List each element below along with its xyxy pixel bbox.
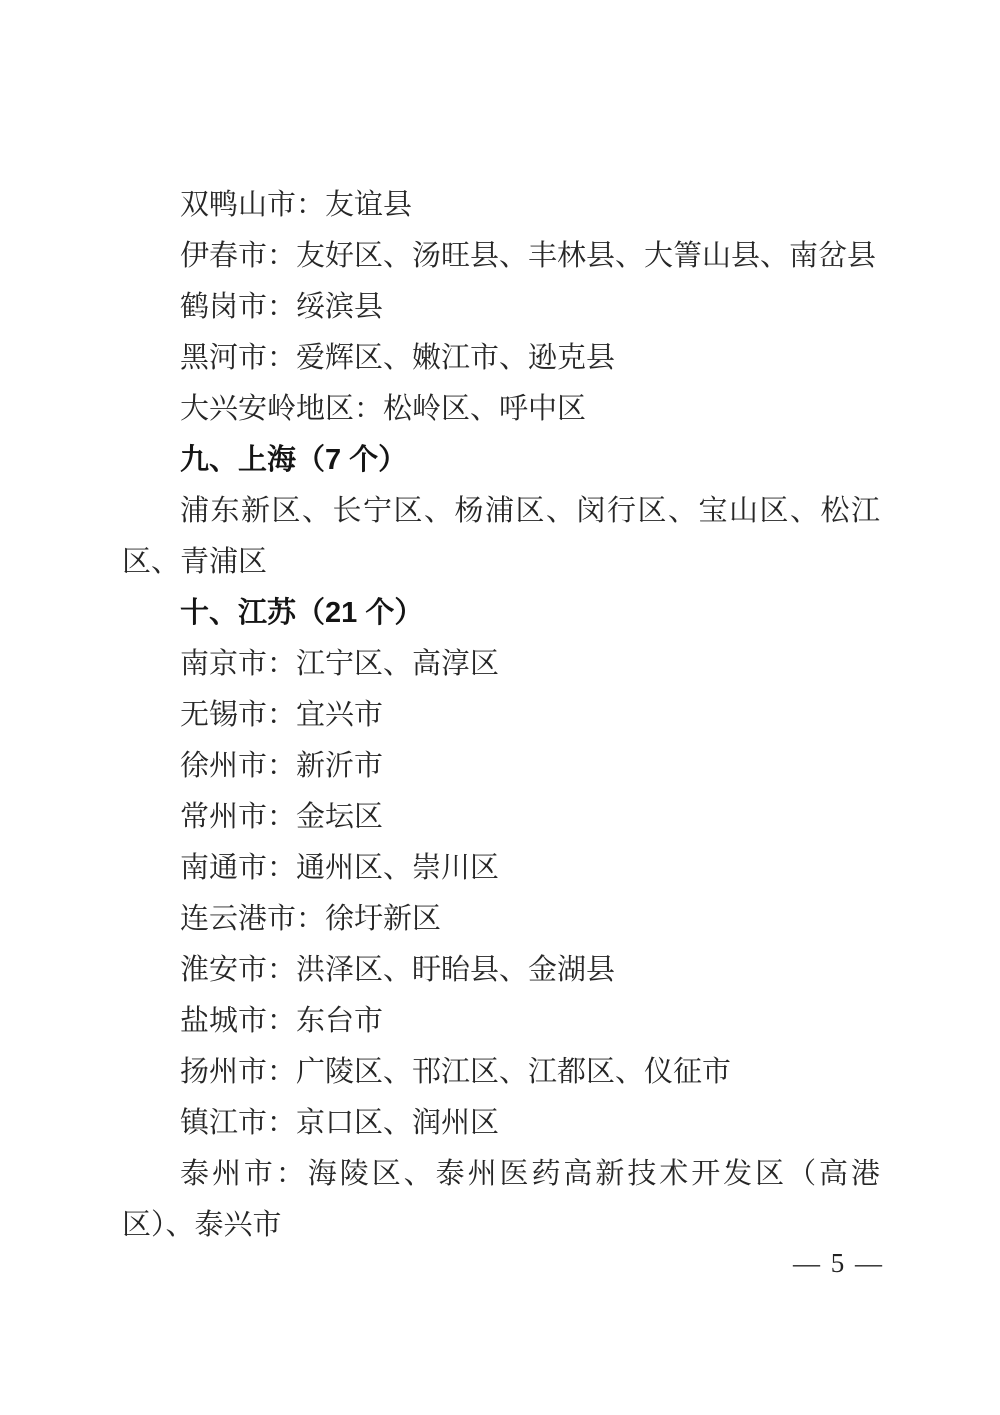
document-page: 双鸭山市：友谊县 伊春市：友好区、汤旺县、丰林县、大箐山县、南岔县 鹤岗市：绥滨… <box>0 0 1000 1415</box>
section-heading-shanghai: 九、上海（7 个） <box>122 435 880 486</box>
page-number: — 5 — <box>793 1248 884 1279</box>
region-list-line: 镇江市：京口区、润州区 <box>122 1098 880 1149</box>
region-list-line: 常州市：金坛区 <box>122 792 880 843</box>
region-list-line: 无锡市：宜兴市 <box>122 690 880 741</box>
region-list-line: 南京市：江宁区、高淳区 <box>122 639 880 690</box>
region-list-line: 双鸭山市：友谊县 <box>122 180 880 231</box>
region-list-line: 南通市：通州区、崇川区 <box>122 843 880 894</box>
document-body: 双鸭山市：友谊县 伊春市：友好区、汤旺县、丰林县、大箐山县、南岔县 鹤岗市：绥滨… <box>122 180 880 1251</box>
section-heading-jiangsu: 十、江苏（21 个） <box>122 588 880 639</box>
region-list-line: 盐城市：东台市 <box>122 996 880 1047</box>
region-list-line: 大兴安岭地区：松岭区、呼中区 <box>122 384 880 435</box>
region-list-line: 伊春市：友好区、汤旺县、丰林县、大箐山县、南岔县 <box>122 231 880 282</box>
region-list-line: 浦东新区、长宁区、杨浦区、闵行区、宝山区、松江区、青浦区 <box>122 486 880 588</box>
region-list-line: 扬州市：广陵区、邗江区、江都区、仪征市 <box>122 1047 880 1098</box>
region-list-line: 淮安市：洪泽区、盱眙县、金湖县 <box>122 945 880 996</box>
region-list-line: 鹤岗市：绥滨县 <box>122 282 880 333</box>
region-list-line: 泰州市：海陵区、泰州医药高新技术开发区（高港区）、泰兴市 <box>122 1149 880 1251</box>
region-list-line: 连云港市：徐圩新区 <box>122 894 880 945</box>
region-list-line: 徐州市：新沂市 <box>122 741 880 792</box>
region-list-line: 黑河市：爱辉区、嫩江市、逊克县 <box>122 333 880 384</box>
